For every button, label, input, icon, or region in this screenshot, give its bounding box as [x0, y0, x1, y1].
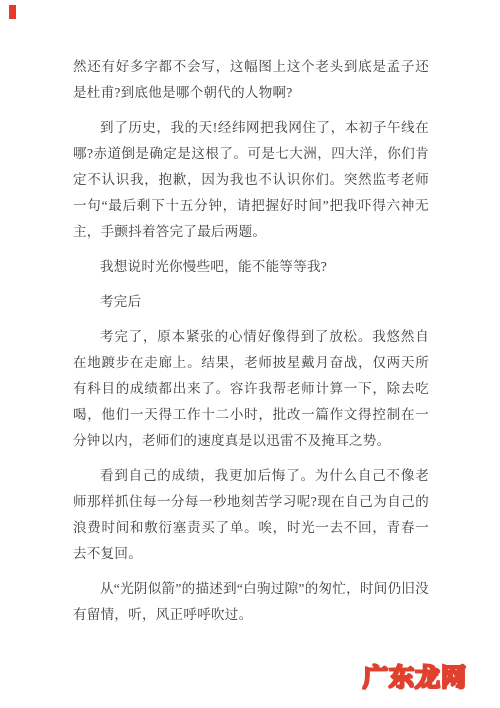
document-body: 然还有好多字都不会写，这幅图上这个老头到底是孟子还是杜甫?到底他是哪个朝代的人物…	[73, 54, 429, 637]
document-page: 然还有好多字都不会写，这幅图上这个老头到底是孟子还是杜甫?到底他是哪个朝代的人物…	[0, 0, 500, 708]
red-corner-mark	[9, 5, 16, 19]
paragraph: 我想说时光你慢些吧，能不能等等我?	[73, 254, 429, 280]
paragraph: 然还有好多字都不会写，这幅图上这个老头到底是孟子还是杜甫?到底他是哪个朝代的人物…	[73, 54, 429, 106]
paragraph: 考完了，原本紧张的心情好像得到了放松。我悠然自在地踱步在走廊上。结果，老师披星戴…	[73, 324, 429, 454]
paragraph: 到了历史，我的天!经纬网把我网住了，本初子午线在哪?赤道倒是确定是这根了。可是七…	[73, 115, 429, 245]
paragraph: 看到自己的成绩，我更加后悔了。为什么自己不像老师那样抓住每一分每一秒地刻苦学习呢…	[73, 463, 429, 567]
paragraph: 考完后	[73, 289, 429, 315]
paragraph: 从“光阴似箭”的描述到“白驹过隙”的匆忙，时间仍旧没有留情，听，风正呼呼吹过。	[73, 576, 429, 628]
watermark-logo: 广东龙网	[363, 658, 467, 694]
